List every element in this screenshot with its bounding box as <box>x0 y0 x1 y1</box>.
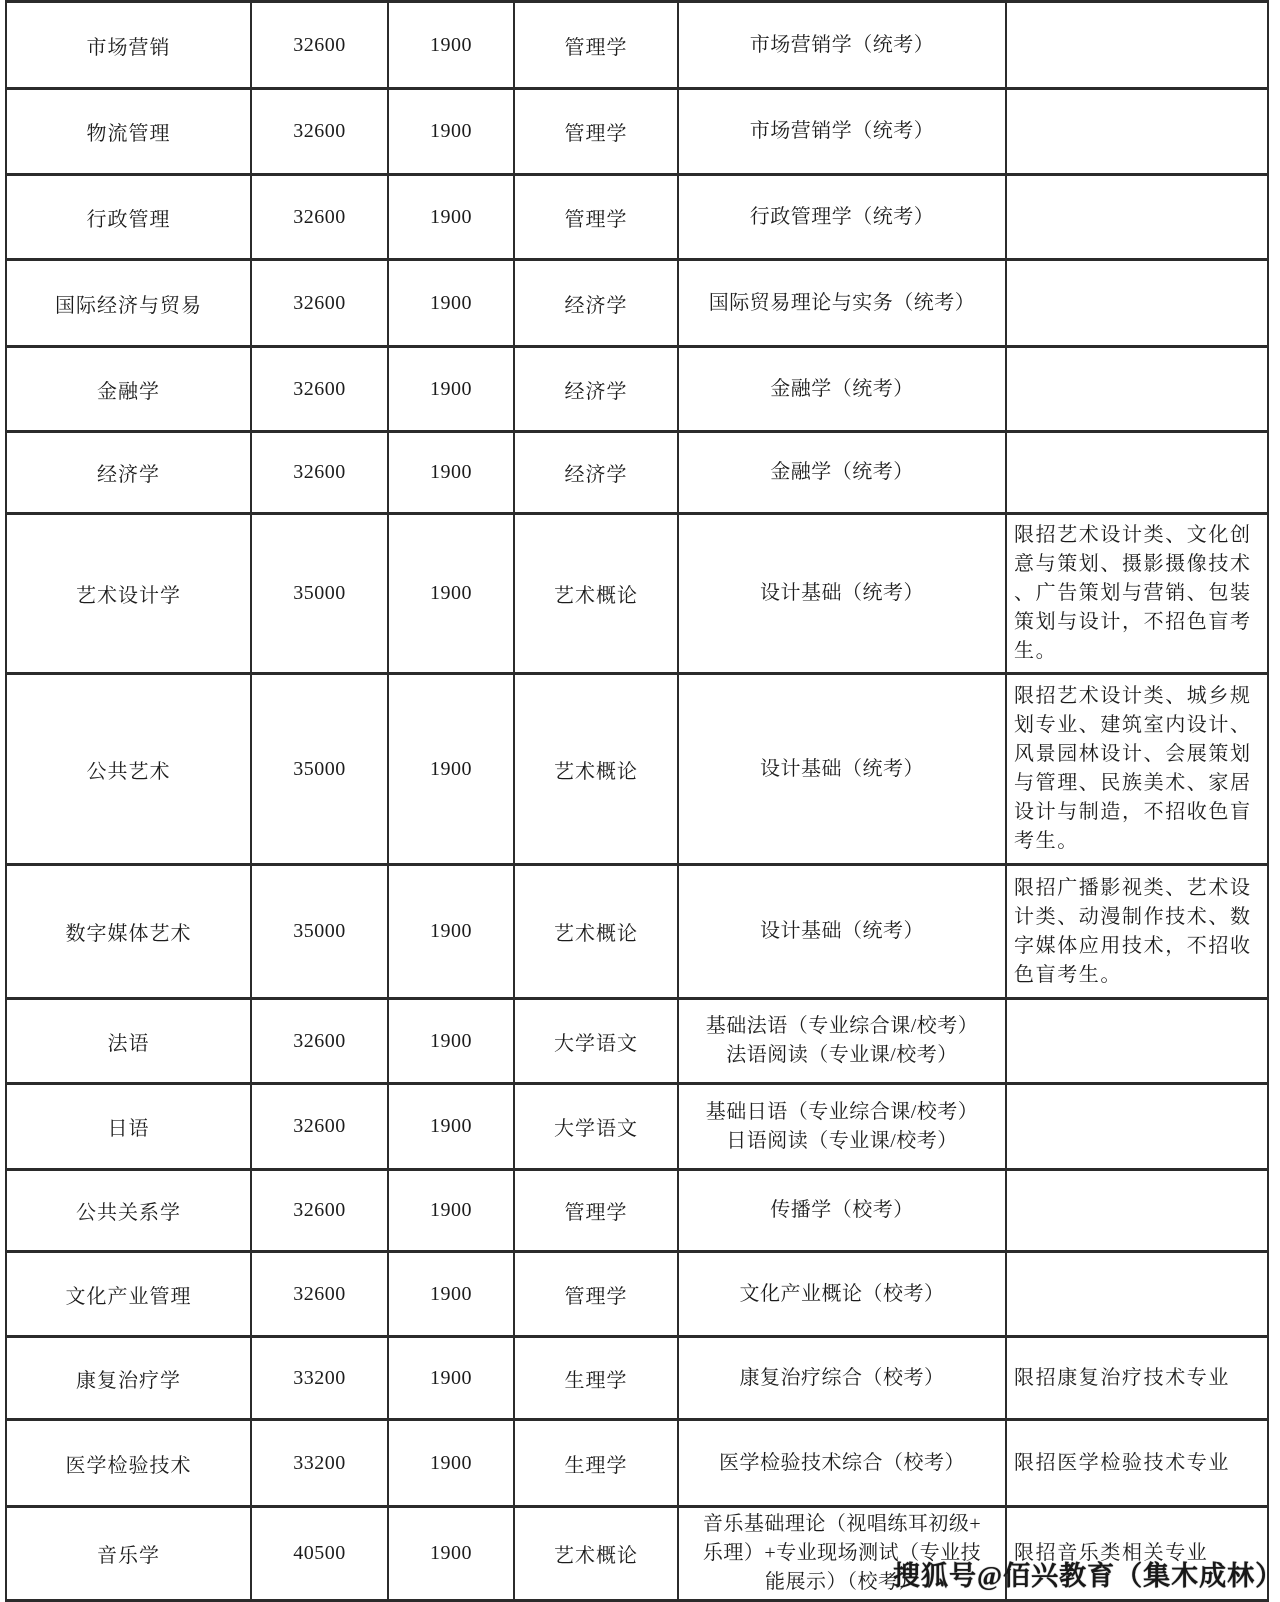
tuition-cell: 32600 <box>251 89 388 175</box>
remarks-cell: 限招艺术设计类、城乡规 划专业、建筑室内设计、 风景园林设计、会展策划 与管理、… <box>1006 674 1268 865</box>
table-row: 公共艺术 35000 1900 艺术概论 设计基础（统考） 限招艺术设计类、城乡… <box>6 674 1268 865</box>
major-cell: 音乐学 <box>6 1507 251 1601</box>
remarks-cell: 限招康复治疗技术专业 <box>1006 1337 1268 1420</box>
fee-cell: 1900 <box>388 1420 514 1507</box>
table-row: 康复治疗学 33200 1900 生理学 康复治疗综合（校考） 限招康复治疗技术… <box>6 1337 1268 1420</box>
category-cell: 管理学 <box>514 175 678 260</box>
remarks-cell <box>1006 1084 1268 1170</box>
category-cell: 生理学 <box>514 1337 678 1420</box>
exam-cell: 设计基础（统考） <box>678 865 1006 999</box>
fee-cell: 1900 <box>388 1337 514 1420</box>
exam-cell: 设计基础（统考） <box>678 514 1006 674</box>
table-row: 物流管理 32600 1900 管理学 市场营销学（统考） <box>6 89 1268 175</box>
category-cell: 艺术概论 <box>514 1507 678 1601</box>
category-cell: 大学语文 <box>514 1084 678 1170</box>
major-cell: 行政管理 <box>6 175 251 260</box>
category-cell: 生理学 <box>514 1420 678 1507</box>
fee-cell: 1900 <box>388 1252 514 1337</box>
remarks-cell <box>1006 89 1268 175</box>
major-cell: 物流管理 <box>6 89 251 175</box>
remarks-cell <box>1006 999 1268 1084</box>
fee-cell: 1900 <box>388 1084 514 1170</box>
tuition-cell: 35000 <box>251 514 388 674</box>
category-cell: 管理学 <box>514 2 678 89</box>
category-cell: 管理学 <box>514 89 678 175</box>
major-cell: 市场营销 <box>6 2 251 89</box>
exam-cell: 基础法语（专业综合课/校考） 法语阅读（专业课/校考） <box>678 999 1006 1084</box>
category-cell: 大学语文 <box>514 999 678 1084</box>
category-cell: 经济学 <box>514 432 678 514</box>
remarks-cell <box>1006 2 1268 89</box>
tuition-cell: 32600 <box>251 999 388 1084</box>
table-row: 艺术设计学 35000 1900 艺术概论 设计基础（统考） 限招艺术设计类、文… <box>6 514 1268 674</box>
tuition-cell: 32600 <box>251 1170 388 1252</box>
tuition-cell: 35000 <box>251 865 388 999</box>
category-cell: 经济学 <box>514 260 678 347</box>
major-cell: 艺术设计学 <box>6 514 251 674</box>
tuition-cell: 35000 <box>251 674 388 865</box>
major-cell: 经济学 <box>6 432 251 514</box>
table-row: 国际经济与贸易 32600 1900 经济学 国际贸易理论与实务（统考） <box>6 260 1268 347</box>
table-row: 公共关系学 32600 1900 管理学 传播学（校考） <box>6 1170 1268 1252</box>
major-cell: 数字媒体艺术 <box>6 865 251 999</box>
table-row: 文化产业管理 32600 1900 管理学 文化产业概论（校考） <box>6 1252 1268 1337</box>
table-row: 日语 32600 1900 大学语文 基础日语（专业综合课/校考） 日语阅读（专… <box>6 1084 1268 1170</box>
tuition-cell: 32600 <box>251 175 388 260</box>
fee-cell: 1900 <box>388 674 514 865</box>
table-row: 金融学 32600 1900 经济学 金融学（统考） <box>6 347 1268 432</box>
remarks-cell <box>1006 432 1268 514</box>
exam-cell: 设计基础（统考） <box>678 674 1006 865</box>
tuition-cell: 32600 <box>251 1252 388 1337</box>
major-cell: 医学检验技术 <box>6 1420 251 1507</box>
tuition-cell: 32600 <box>251 2 388 89</box>
major-cell: 文化产业管理 <box>6 1252 251 1337</box>
exam-cell: 行政管理学（统考） <box>678 175 1006 260</box>
tuition-cell: 32600 <box>251 1084 388 1170</box>
exam-cell: 康复治疗综合（校考） <box>678 1337 1006 1420</box>
major-cell: 日语 <box>6 1084 251 1170</box>
remarks-cell <box>1006 260 1268 347</box>
remarks-cell <box>1006 347 1268 432</box>
remarks-cell: 限招广播影视类、艺术设 计类、动漫制作技术、数 字媒体应用技术，不招收 色盲考生… <box>1006 865 1268 999</box>
exam-cell: 金融学（统考） <box>678 432 1006 514</box>
remarks-cell <box>1006 1252 1268 1337</box>
tuition-cell: 32600 <box>251 260 388 347</box>
category-cell: 艺术概论 <box>514 865 678 999</box>
tuition-cell: 33200 <box>251 1337 388 1420</box>
table-row: 数字媒体艺术 35000 1900 艺术概论 设计基础（统考） 限招广播影视类、… <box>6 865 1268 999</box>
fee-cell: 1900 <box>388 2 514 89</box>
table-row: 医学检验技术 33200 1900 生理学 医学检验技术综合（校考） 限招医学检… <box>6 1420 1268 1507</box>
fee-cell: 1900 <box>388 89 514 175</box>
tuition-cell: 33200 <box>251 1420 388 1507</box>
exam-cell: 医学检验技术综合（校考） <box>678 1420 1006 1507</box>
tuition-cell: 32600 <box>251 432 388 514</box>
exam-cell: 文化产业概论（校考） <box>678 1252 1006 1337</box>
remarks-cell: 限招艺术设计类、文化创 意与策划、摄影摄像技术 、广告策划与营销、包装 策划与设… <box>1006 514 1268 674</box>
table-row: 市场营销 32600 1900 管理学 市场营销学（统考） <box>6 2 1268 89</box>
fee-cell: 1900 <box>388 432 514 514</box>
remarks-cell <box>1006 175 1268 260</box>
major-cell: 公共关系学 <box>6 1170 251 1252</box>
fee-cell: 1900 <box>388 175 514 260</box>
exam-cell: 国际贸易理论与实务（统考） <box>678 260 1006 347</box>
fee-cell: 1900 <box>388 1170 514 1252</box>
major-cell: 法语 <box>6 999 251 1084</box>
fee-cell: 1900 <box>388 260 514 347</box>
table-row: 法语 32600 1900 大学语文 基础法语（专业综合课/校考） 法语阅读（专… <box>6 999 1268 1084</box>
exam-cell: 传播学（校考） <box>678 1170 1006 1252</box>
admission-table: 市场营销 32600 1900 管理学 市场营销学（统考） 物流管理 32600… <box>5 0 1269 1602</box>
category-cell: 艺术概论 <box>514 674 678 865</box>
major-cell: 公共艺术 <box>6 674 251 865</box>
major-cell: 康复治疗学 <box>6 1337 251 1420</box>
page: 市场营销 32600 1900 管理学 市场营销学（统考） 物流管理 32600… <box>0 0 1280 1602</box>
remarks-cell <box>1006 1170 1268 1252</box>
fee-cell: 1900 <box>388 1507 514 1601</box>
remarks-cell: 限招医学检验技术专业 <box>1006 1420 1268 1507</box>
category-cell: 管理学 <box>514 1170 678 1252</box>
sohu-watermark: 搜狐号@佰兴教育（集木成林） <box>893 1554 1280 1593</box>
exam-cell: 市场营销学（统考） <box>678 89 1006 175</box>
major-cell: 金融学 <box>6 347 251 432</box>
tuition-cell: 40500 <box>251 1507 388 1601</box>
major-cell: 国际经济与贸易 <box>6 260 251 347</box>
fee-cell: 1900 <box>388 865 514 999</box>
exam-cell: 金融学（统考） <box>678 347 1006 432</box>
fee-cell: 1900 <box>388 999 514 1084</box>
exam-cell: 基础日语（专业综合课/校考） 日语阅读（专业课/校考） <box>678 1084 1006 1170</box>
fee-cell: 1900 <box>388 514 514 674</box>
exam-cell: 市场营销学（统考） <box>678 2 1006 89</box>
table-row: 经济学 32600 1900 经济学 金融学（统考） <box>6 432 1268 514</box>
category-cell: 管理学 <box>514 1252 678 1337</box>
table-row: 行政管理 32600 1900 管理学 行政管理学（统考） <box>6 175 1268 260</box>
category-cell: 经济学 <box>514 347 678 432</box>
category-cell: 艺术概论 <box>514 514 678 674</box>
fee-cell: 1900 <box>388 347 514 432</box>
tuition-cell: 32600 <box>251 347 388 432</box>
